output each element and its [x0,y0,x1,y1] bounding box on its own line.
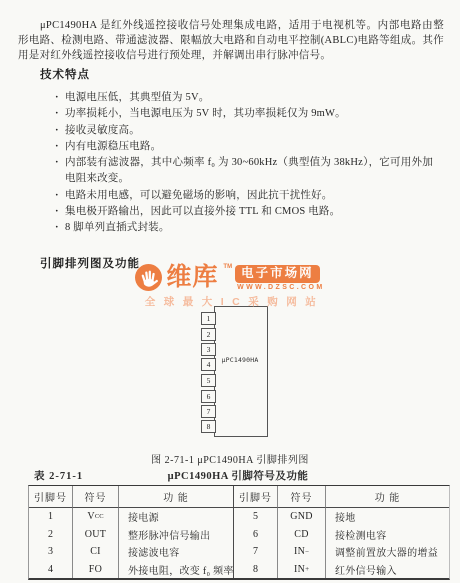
watermark-brand-text: 维库 [166,265,218,290]
cell-pin-function: 接滤波电容 [119,543,234,561]
symbol-text: OUT [85,529,106,540]
symbol-text: IN [294,564,305,575]
cell-pin-number: 3 [29,543,73,561]
cell-pin-number: 7 [234,543,278,561]
chip-part-number: μPC1490HA [214,356,266,364]
symbol-text: CI [90,546,101,557]
table-caption-row: 表 2-71-1 μPC1490HA 引脚符号及功能 [28,468,448,482]
symbol-text: CD [294,529,309,540]
chip-pinout-diagram: 1 2 3 4 5 6 7 8 μPC1490HA [198,306,270,437]
cell-pin-function: 接地 [326,508,449,526]
symbol-subscript: CC [95,513,104,520]
cell-pin-function: 调整前置放大器的增益 [326,543,449,561]
scanned-document-page: μPC1490HA 是红外线遥控接收信号处理集成电路，适用于电视机等。内部电路由… [0,0,460,583]
pin-square-2: 2 [201,328,216,341]
cell-pin-function: 整形脉冲信号输出 [119,526,234,544]
cell-pin-symbol: IN− [278,543,326,561]
symbol-superscript: + [305,565,309,573]
feature-item: 内部装有滤波器，其中心频率 f₀ 为 30~60kHz（典型值为 38kHz），… [55,155,433,188]
pin-square-1: 1 [201,312,216,325]
cell-pin-function: 接电源 [119,508,234,526]
symbol-text: FO [89,564,102,575]
watermark-site-badge: 电子市场网 [235,265,320,283]
pin-square-7: 7 [201,405,216,418]
col-header-function-left: 功 能 [119,486,234,508]
feature-item: 功率损耗小，当电源电压为 5V 时，其功率损耗仅为 9mW。 [55,106,433,122]
cell-pin-symbol: VCC [73,508,119,526]
col-header-pin-right: 引脚号 [234,486,278,508]
symbol-text: IN [294,546,305,557]
cell-pin-number: 1 [29,508,73,526]
cell-pin-function: 接检测电容 [326,526,449,544]
cell-pin-number: 8 [234,561,278,579]
cell-pin-symbol: CD [278,526,326,544]
pin-square-8: 8 [201,420,216,433]
pin-square-5: 5 [201,374,216,387]
pin-square-6: 6 [201,390,216,403]
symbol-text: V [87,511,95,522]
cell-pin-symbol: FO [73,561,119,579]
feature-item: 内有电源稳压电路。 [55,139,433,155]
feature-item: 接收灵敏度高。 [55,123,433,139]
cell-pin-number: 2 [29,526,73,544]
feature-item: 集电极开路输出，因此可以直接外接 TTL 和 CMOS 电路。 [55,204,433,220]
table-title: μPC1490HA 引脚符号及功能 [28,468,448,483]
feature-item: 8 脚单列直插式封装。 [55,220,433,236]
trademark-mark: TM [223,264,232,270]
cell-pin-symbol: CI [73,543,119,561]
cell-pin-number: 6 [234,526,278,544]
symbol-text: GND [290,511,313,522]
pinout-heading: 引脚排列图及功能 [40,255,140,271]
cell-pin-number: 4 [29,561,73,579]
col-header-symbol-right: 符号 [278,486,326,508]
watermark-url: WWW.DZSC.COM [235,284,325,291]
cell-pin-symbol: GND [278,508,326,526]
cell-pin-number: 5 [234,508,278,526]
figure-caption: 图 2-71-1 μPC1490HA 引脚排列图 [0,451,460,466]
cell-pin-symbol: IN+ [278,561,326,579]
intro-paragraph: μPC1490HA 是红外线遥控接收信号处理集成电路，适用于电视机等。内部电路由… [18,18,444,63]
feature-item: 电源电压低，其典型值为 5V。 [55,90,433,106]
col-header-symbol-left: 符号 [73,486,119,508]
symbol-superscript: − [305,548,309,556]
chip-body [214,306,268,437]
features-heading: 技术特点 [40,66,90,82]
cell-pin-function: 红外信号输入 [326,561,449,579]
cell-pin-function: 外接电阻，改变 f₀ 频率 [119,561,234,579]
col-header-function-right: 功 能 [326,486,449,508]
pin-square-3: 3 [201,343,216,356]
watermark-brand-right: 电子市场网 WWW.DZSC.COM [235,265,325,291]
pin-function-table: 引脚号 符号 功 能 引脚号 符号 功 能 1 VCC 接电源 5 GND 接地… [28,485,450,580]
watermark-logo-row: 维库TM 电子市场网 WWW.DZSC.COM [135,264,324,291]
col-header-pin-left: 引脚号 [29,486,73,508]
cell-pin-symbol: OUT [73,526,119,544]
features-list: 电源电压低，其典型值为 5V。 功率损耗小，当电源电压为 5V 时，其功率损耗仅… [55,90,433,237]
feature-item: 电路未用电感，可以避免磁场的影响，因此抗干扰性好。 [55,188,433,204]
